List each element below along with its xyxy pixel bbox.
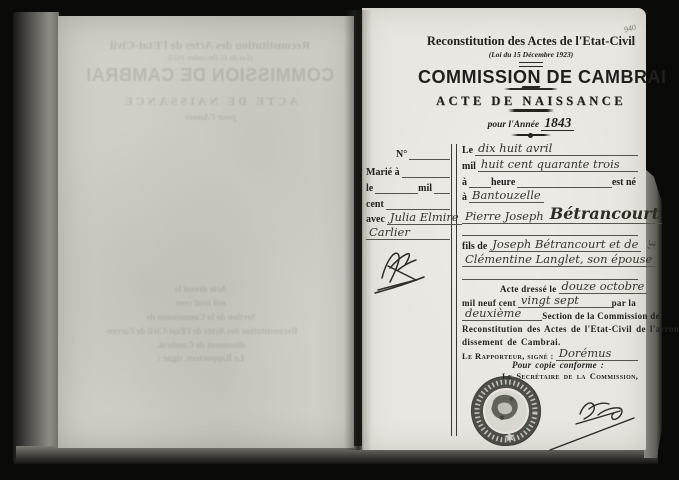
le-mil-row: le mil bbox=[366, 180, 450, 194]
birth-year-row: mil huit cent quarante trois bbox=[462, 158, 638, 172]
birthplace-handwritten: Bantouzelle bbox=[469, 188, 544, 203]
rapporteur-row: Le Rapporteur, signé : Dorémus bbox=[462, 347, 638, 361]
acte-year-handwritten: vingt sept bbox=[518, 293, 582, 308]
bleed-title: Reconstitution des Actes de l'Etat-Civil bbox=[84, 38, 336, 53]
birth-year-handwritten: huit cent quarante trois bbox=[478, 157, 623, 172]
bleed-law: (Loi du 15 Décembre 1923) bbox=[84, 53, 336, 62]
left-page: Reconstitution des Actes de l'Etat-Civil… bbox=[58, 16, 354, 448]
corner-pencil-note: 940 bbox=[623, 23, 637, 35]
marie-label: Marié à bbox=[366, 167, 402, 178]
marie-row: Marié à bbox=[366, 164, 450, 178]
ruled-blank bbox=[462, 232, 638, 236]
blank-row bbox=[462, 230, 638, 236]
le-label: le bbox=[366, 183, 375, 194]
ruled-blank bbox=[614, 357, 638, 361]
header-title: Reconstitution des Actes de l'Etat-Civil bbox=[418, 34, 644, 49]
section-label: Section de la Commission de bbox=[542, 311, 662, 321]
commission-title: COMMISSION DE CAMBRAI bbox=[418, 67, 644, 88]
ruled-blank bbox=[623, 168, 638, 172]
bleed-through-text: Reconstitution des Actes de l'Etat-Civil… bbox=[58, 16, 354, 448]
margin-signature bbox=[372, 244, 438, 296]
bleed-commission: COMMISSION DE CAMBRAI bbox=[84, 65, 336, 86]
ruled-blank bbox=[555, 152, 638, 156]
pour-annee-label: pour l'Année bbox=[488, 120, 539, 130]
ruled-blank bbox=[524, 317, 542, 321]
birthplace-row: à Bantouzelle bbox=[462, 189, 638, 203]
bleed-footer-line: Acte dressé le bbox=[76, 284, 326, 294]
birth-date-row: Le dix huit avril bbox=[462, 142, 638, 156]
column-divider-rule bbox=[451, 144, 457, 436]
cent-row: cent bbox=[366, 196, 450, 210]
handwritten-year: 1843 bbox=[541, 115, 574, 131]
spouse-first-name-handwritten: Julia Elmire bbox=[387, 210, 462, 225]
a-label: à bbox=[462, 192, 469, 203]
reconstitution-line2: dissement de Cambrai. bbox=[462, 337, 561, 347]
est-ne-label: est né bbox=[612, 177, 638, 188]
ruled-blank bbox=[409, 156, 450, 160]
heure-label: heure bbox=[491, 177, 517, 188]
dot-rule-divider bbox=[511, 134, 551, 136]
acte-dresse-row: Acte dressé le douze octobre bbox=[462, 280, 638, 294]
spouse-surname-handwritten: Carlier bbox=[366, 225, 413, 240]
avec-label: avec bbox=[366, 214, 387, 225]
fils-de-label: fils de bbox=[462, 241, 489, 252]
mil-label: mil bbox=[418, 183, 434, 194]
ornament-divider bbox=[504, 88, 558, 90]
father-name-handwritten: Joseph Bétrancourt et de bbox=[489, 237, 641, 252]
birth-day-handwritten: dix huit avril bbox=[475, 141, 555, 156]
bleed-footer-line: mil neuf cent bbox=[76, 298, 326, 308]
scanned-register-spread: 3, Reconstitution des Actes de l'Etat-Ci… bbox=[0, 0, 679, 480]
book-left-edge bbox=[13, 12, 59, 464]
le-label: Le bbox=[462, 145, 475, 156]
bleed-footer-line: Le Rapporteur, signé : bbox=[76, 353, 326, 363]
bleed-footer-line: Reconstitution des Actes de l'Etat-Civil… bbox=[76, 326, 326, 336]
acte-date-handwritten: douze octobre bbox=[559, 279, 648, 294]
avec-row: avec Julia Elmire bbox=[366, 211, 450, 225]
father-row: fils de Joseph Bétrancourt et de bbox=[462, 238, 638, 252]
year-line: pour l'Année 1843 bbox=[418, 115, 644, 131]
no-label: N° bbox=[396, 149, 409, 160]
section-row: deuxième Section de la Commission de bbox=[462, 307, 638, 321]
child-given-names-handwritten: Pierre Joseph bbox=[462, 209, 547, 224]
no-row: N° bbox=[396, 146, 450, 160]
ruled-blank bbox=[402, 174, 450, 178]
hour-row: à heure est né bbox=[462, 174, 638, 188]
official-stamp bbox=[461, 366, 551, 456]
bleed-footer-line: Section de la Commission de bbox=[76, 312, 326, 322]
mil-label: mil bbox=[462, 161, 478, 172]
child-surname-handwritten: Bétrancourt bbox=[547, 204, 662, 224]
tapered-rule-divider bbox=[508, 109, 554, 112]
acte-type-title: ACTE DE NAISSANCE bbox=[418, 94, 644, 109]
child-name-row: Pierre Joseph Bétrancourt bbox=[462, 206, 638, 224]
ruled-blank bbox=[413, 236, 450, 240]
reconstitution-line1: Reconstitution des Actes de l'Etat-Civil… bbox=[462, 324, 679, 334]
bleed-pour: pour l'Année bbox=[84, 113, 336, 123]
header-law-line: (Loi du 15 Décembre 1923) bbox=[418, 50, 644, 59]
edge-pencil-note: 3, bbox=[646, 240, 656, 250]
mother-row: Clémentine Langlet, son épouse bbox=[462, 253, 638, 267]
bleed-acte: ACTE DE NAISSANCE bbox=[84, 94, 336, 109]
spouse-surname-row: Carlier bbox=[366, 226, 450, 240]
section-number-handwritten: deuxième bbox=[462, 306, 524, 321]
rapporteur-name-handwritten: Dorémus bbox=[556, 346, 615, 361]
secretary-signature bbox=[546, 394, 640, 454]
cent-label: cent bbox=[366, 199, 386, 210]
ruled-blank bbox=[375, 190, 418, 194]
bleed-footer-line: dissement de Cambrai. bbox=[76, 340, 326, 350]
right-page: 940 Reconstitution des Actes de l'Etat-C… bbox=[362, 8, 646, 450]
ruled-blank bbox=[434, 190, 450, 194]
a-label: à bbox=[462, 177, 469, 188]
mother-name-handwritten: Clémentine Langlet, son épouse bbox=[462, 252, 655, 267]
